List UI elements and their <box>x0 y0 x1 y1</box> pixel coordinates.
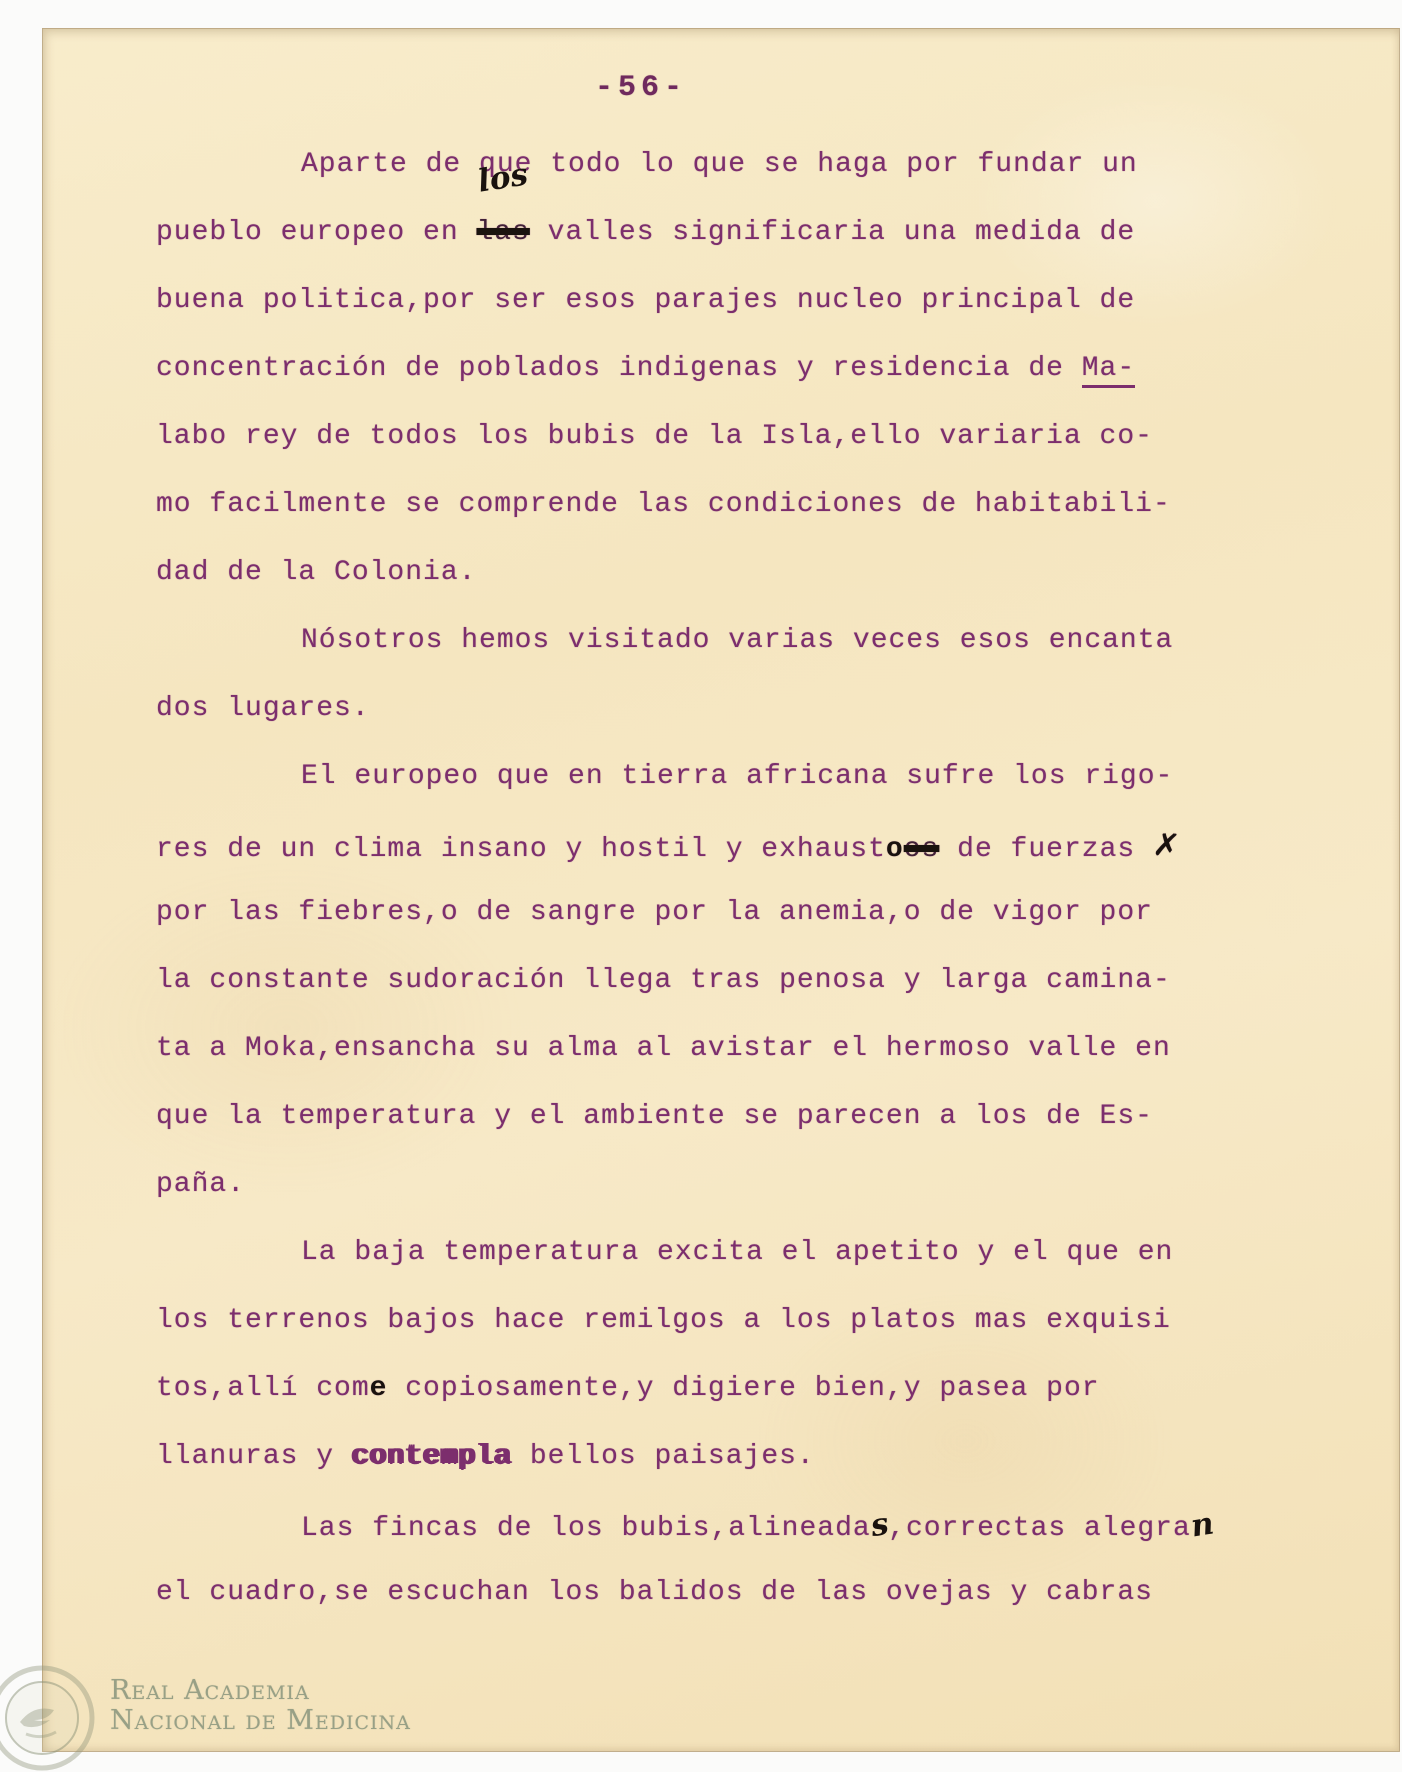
text-line: mo facilmente se comprende las condicion… <box>156 471 1296 539</box>
text-run-underline: Ma- <box>1082 353 1135 388</box>
text-run-smudged: contempla <box>352 1441 512 1472</box>
text-line: los terrenos bajos hace remilgos a los p… <box>156 1287 1296 1355</box>
text-line: labo rey de todos los bubis de la Isla,e… <box>156 403 1296 471</box>
text-run-overtype: e <box>370 1373 388 1404</box>
text-run: res de un clima insano y hostil y exhaus… <box>156 834 886 865</box>
text-run: valles significaria una medida de <box>530 217 1135 248</box>
text-line: por las fiebres,o de sangre por la anemi… <box>156 879 1296 947</box>
ranm-watermark-line2: Nacional de Medicina <box>110 1706 411 1736</box>
text-line: paña. <box>156 1151 1296 1219</box>
text-run: ,correctas alegra <box>888 1513 1191 1544</box>
text-run: ta a Moka,ensancha su alma al avistar el… <box>156 1033 1171 1064</box>
text-run: Aparte de que todo lo que se haga por fu… <box>301 149 1138 180</box>
text-line: dad de la Colonia. <box>156 539 1296 607</box>
text-line: La baja temperatura excita el apetito y … <box>156 1219 1296 1287</box>
text-line: el cuadro,se escuchan los balidos de las… <box>156 1559 1296 1627</box>
text-line: tos,allí come copiosamente,y digiere bie… <box>156 1355 1296 1423</box>
text-run: la constante sudoración llega tras penos… <box>156 965 1171 996</box>
ranm-watermark-line1: Real Academia <box>110 1676 411 1706</box>
text-run: Nósotros hemos visitado varias veces eso… <box>301 625 1173 656</box>
text-run: pueblo europeo en <box>156 217 476 248</box>
text-line: El europeo que en tierra africana sufre … <box>156 743 1296 811</box>
text-run: dad de la Colonia. <box>156 557 476 588</box>
text-run: La baja temperatura excita el apetito y … <box>301 1237 1173 1268</box>
text-line: pueblo europeo en laslos valles signific… <box>156 199 1296 267</box>
text-run: que la temperatura y el ambiente se pare… <box>156 1101 1153 1132</box>
text-run: dos lugares. <box>156 693 370 724</box>
text-line: llanuras y contempla bellos paisajes. <box>156 1423 1296 1491</box>
page-number: -56- <box>595 71 687 105</box>
text-run: concentración de poblados indigenas y re… <box>156 353 1082 384</box>
text-run: bellos paisajes. <box>512 1441 815 1472</box>
ranm-watermark-text: Real Academia Nacional de Medicina <box>110 1676 411 1736</box>
text-line: Aparte de que todo lo que se haga por fu… <box>156 131 1296 199</box>
text-run: mo facilmente se comprende las condicion… <box>156 489 1171 520</box>
text-run-struck: laslos <box>476 199 529 267</box>
text-run-overtype: o <box>886 834 904 865</box>
text-run: buena politica,por ser esos parajes nucl… <box>156 285 1135 316</box>
text-run: El europeo que en tierra africana sufre … <box>301 761 1173 792</box>
text-line: res de un clima insano y hostil y exhaus… <box>156 811 1296 879</box>
text-run: paña. <box>156 1169 245 1200</box>
text-run: por las fiebres,o de sangre por la anemi… <box>156 897 1153 928</box>
ranm-seal-icon <box>0 1660 106 1772</box>
text-run: Las fincas de los bubis,alineada <box>301 1513 871 1544</box>
text-line: que la temperatura y el ambiente se pare… <box>156 1083 1296 1151</box>
text-run-handwritten: n <box>1186 1490 1219 1561</box>
text-line: buena politica,por ser esos parajes nucl… <box>156 267 1296 335</box>
text-run: los terrenos bajos hace remilgos a los p… <box>156 1305 1171 1336</box>
text-run: de fuerzas <box>939 834 1153 865</box>
text-run: labo rey de todos los bubis de la Isla,e… <box>156 421 1153 452</box>
text-run: llanuras y <box>156 1441 352 1472</box>
text-run: el cuadro,se escuchan los balidos de las… <box>156 1577 1153 1608</box>
text-line: dos lugares. <box>156 675 1296 743</box>
text-run: tos,allí com <box>156 1373 370 1404</box>
text-line: la constante sudoración llega tras penos… <box>156 947 1296 1015</box>
handwritten-correction: los <box>476 159 530 197</box>
text-line: Las fincas de los bubis,alineadas,correc… <box>156 1491 1296 1559</box>
text-line: concentración de poblados indigenas y re… <box>156 335 1296 403</box>
text-run: copiosamente,y digiere bien,y pasea por <box>387 1373 1099 1404</box>
text-run-struck: os <box>904 834 940 865</box>
text-line: ta a Moka,ensancha su alma al avistar el… <box>156 1015 1296 1083</box>
scanned-page: -56- Aparte de que todo lo que se haga p… <box>42 28 1400 1752</box>
document-text: Aparte de que todo lo que se haga por fu… <box>156 131 1296 1627</box>
text-run-xmark: ✗ <box>1150 810 1185 881</box>
text-line: Nósotros hemos visitado varias veces eso… <box>156 607 1296 675</box>
